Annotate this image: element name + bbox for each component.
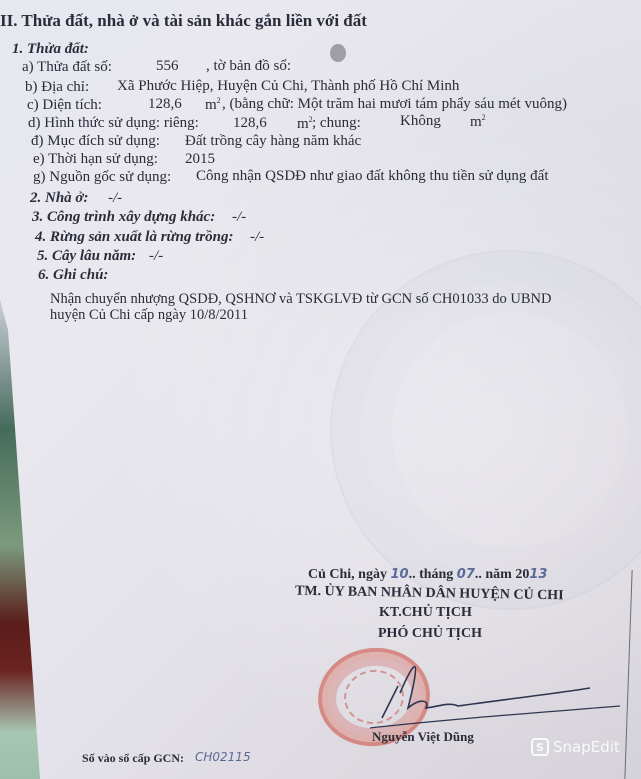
origin-value: Công nhận QSDĐ như giao đất không thu ti… (196, 169, 549, 184)
house-value: -/- (108, 191, 122, 206)
registry-value: CH02115 (195, 751, 251, 763)
registry-label: Số vào sổ cấp GCN: (82, 752, 184, 764)
handwritten-signature (360, 648, 640, 738)
section-title: II. Thửa đất, nhà ở và tài sản khác gắn … (0, 12, 367, 29)
place-date-line: Củ Chi, ngày 10.. tháng 07.. năm 2013 (308, 568, 547, 582)
land-heading: 1. Thửa đất: (12, 42, 89, 57)
on-behalf-line: KT.CHỦ TỊCH (379, 606, 472, 620)
usage-private-value: 128,6 (233, 116, 267, 131)
area-in-words: , (bằng chữ: Một trăm hai mươi tám phẩy … (222, 97, 567, 112)
signer-name: Nguyễn Việt Dũng (372, 730, 474, 743)
snapedit-logo-icon: S (531, 738, 549, 756)
address-value: Xã Phước Hiệp, Huyện Củ Chi, Thành phố H… (117, 79, 459, 94)
term-label: e) Thời hạn sử dụng: (33, 152, 158, 167)
purpose-value: Đất trồng cây hàng năm khác (185, 134, 361, 149)
map-sheet-label: , tờ bản đồ số: (206, 59, 291, 74)
handwritten-day: 10 (390, 567, 408, 582)
handwritten-year: 13 (529, 567, 547, 582)
usage-shared-label: ; chung: (312, 116, 361, 131)
area-value: 128,6 (148, 97, 182, 112)
usage-shared-value: Không (400, 114, 441, 129)
snapedit-watermark: S SnapEdit (531, 738, 620, 756)
month-label: tháng (419, 567, 453, 582)
watermark-label: SnapEdit (553, 738, 620, 756)
purpose-label: đ) Mục đích sử dụng: (31, 134, 160, 149)
forest-value: -/- (250, 230, 264, 245)
area-unit: m2 (205, 97, 221, 113)
parcel-label: a) Thửa đất số: (22, 60, 112, 75)
hole-punch-mark (330, 44, 346, 62)
handwritten-month: 07 (457, 567, 475, 582)
origin-label: g) Nguồn gốc sử dụng: (33, 170, 171, 185)
usage-form-label: d) Hình thức sử dụng: riêng: (28, 116, 199, 131)
forest-label: 4. Rừng sản xuất là rừng trồng: (35, 230, 233, 245)
place-date-prefix: Củ Chi, ngày (308, 567, 387, 582)
term-value: 2015 (185, 152, 215, 167)
year-label: năm 20 (485, 567, 529, 582)
notes-line-1: Nhận chuyển nhượng QSDĐ, QSHNƠ và TSKGLV… (50, 292, 552, 307)
address-label: b) Địa chỉ: (25, 80, 89, 95)
perennial-value: -/- (149, 249, 163, 264)
parcel-number: 556 (156, 59, 179, 74)
perennial-label: 5. Cây lâu năm: (37, 249, 136, 264)
house-label: 2. Nhà ở: (30, 191, 88, 206)
deputy-title: PHÓ CHỦ TỊCH (378, 627, 482, 641)
area-label: c) Diện tích: (27, 98, 102, 113)
other-construction-value: -/- (232, 210, 246, 225)
usage-private-unit: m2 (297, 116, 313, 132)
usage-shared-unit: m2 (470, 114, 486, 130)
notes-line-2: huyện Củ Chi cấp ngày 10/8/2011 (50, 308, 248, 323)
other-construction-label: 3. Công trình xây dựng khác: (32, 210, 215, 225)
notes-label: 6. Ghi chú: (38, 268, 108, 283)
